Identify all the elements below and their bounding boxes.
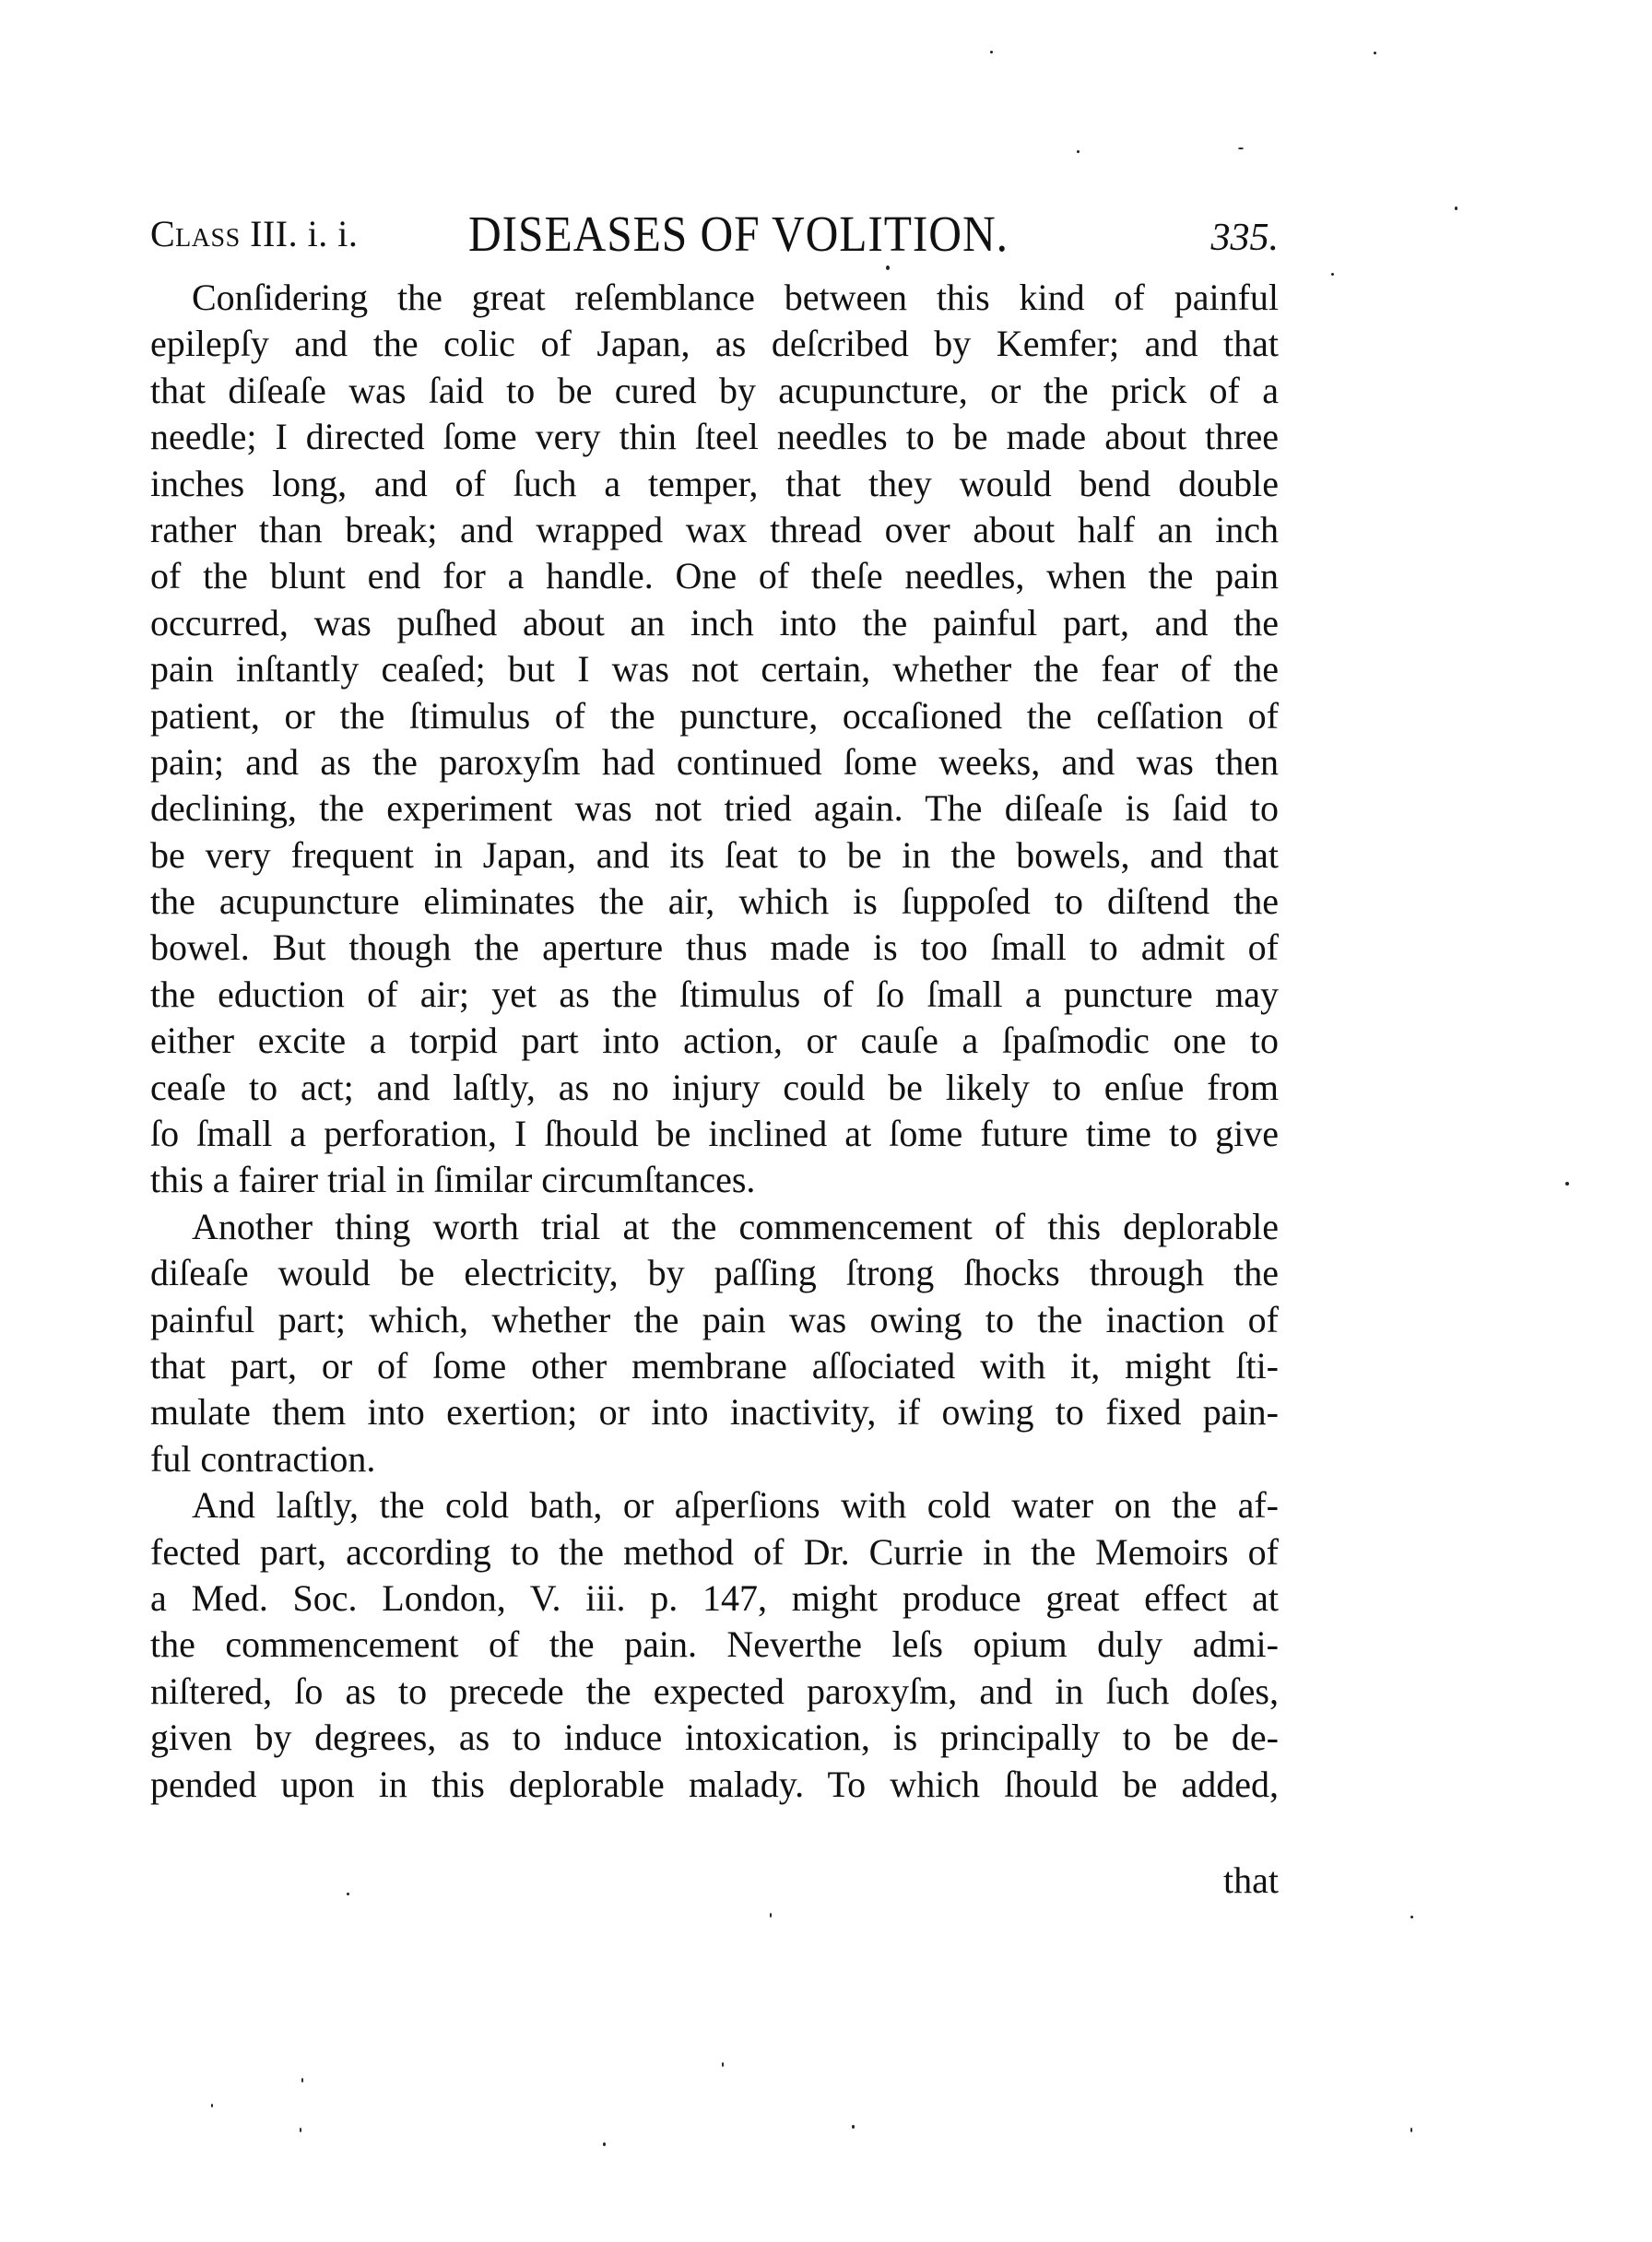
body-text: Conſidering the great reſemblance betwee… (150, 275, 1279, 1808)
text-line: a Med. Soc. London, V. iii. p. 147, migh… (150, 1575, 1279, 1622)
running-head: Class III. i. i. DISEASES OF VOLITION. 3… (150, 205, 1279, 260)
scan-speck (1455, 206, 1457, 210)
text-line: declining, the experiment was not tried … (150, 785, 1279, 832)
text-line: And laſtly, the cold bath, or aſperſions… (150, 1482, 1279, 1528)
text-line: epilepſy and the colic of Japan, as deſc… (150, 321, 1279, 367)
text-line: diſeaſe would be electricity, by paſſing… (150, 1250, 1279, 1296)
text-line: ſo ſmall a perforation, I ſhould be incl… (150, 1111, 1279, 1157)
class-label-prefix: Class (150, 213, 241, 254)
text-line: Conſidering the great reſemblance betwee… (150, 275, 1279, 321)
text-line: ful contraction. (150, 1436, 1279, 1482)
page-number: 335. (1211, 216, 1280, 260)
text-line: that diſeaſe was ſaid to be cured by acu… (150, 368, 1279, 414)
scan-speck (1565, 1182, 1569, 1186)
scan-speck (722, 2062, 724, 2067)
scan-speck (1410, 2128, 1412, 2132)
book-page: Class III. i. i. DISEASES OF VOLITION. 3… (0, 0, 1652, 2242)
catchword: that (1223, 1858, 1279, 1904)
text-line: fected part, according to the method of … (150, 1529, 1279, 1575)
scan-speck (1077, 150, 1080, 153)
scan-speck (886, 265, 890, 270)
text-line: patient, or the ſtimulus of the puncture… (150, 693, 1279, 739)
text-line: occurred, was puſhed about an inch into … (150, 600, 1279, 646)
scan-speck (603, 2142, 606, 2146)
scan-speck (852, 2125, 855, 2129)
text-line: the eduction of air; yet as the ſtimulus… (150, 972, 1279, 1018)
scan-speck (301, 2078, 303, 2083)
text-line: Another thing worth trial at the commenc… (150, 1204, 1279, 1250)
running-title: DISEASES OF VOLITION. (468, 205, 1009, 263)
text-line: needle; I directed ſome very thin ſteel … (150, 414, 1279, 460)
text-line: rather than break; and wrapped wax threa… (150, 507, 1279, 553)
scan-speck (1374, 52, 1376, 54)
text-line: given by degrees, as to induce intoxicat… (150, 1715, 1279, 1761)
class-label: Class III. i. i. (150, 212, 358, 255)
scan-speck (1331, 273, 1334, 276)
text-line: pain; and as the paroxyſm had continued … (150, 739, 1279, 785)
text-line: inches long, and of ſuch a temper, that … (150, 461, 1279, 507)
text-line: either excite a torpid part into action,… (150, 1018, 1279, 1064)
text-line: bowel. But though the aperture thus made… (150, 925, 1279, 971)
scan-speck (347, 1893, 349, 1895)
text-line: pain inſtantly ceaſed; but I was not cer… (150, 646, 1279, 692)
scan-speck (300, 2128, 301, 2132)
scan-speck (211, 2104, 213, 2107)
text-line: this a fairer trial in ſimilar circumſta… (150, 1157, 1279, 1203)
text-line: niſtered, ſo as to precede the expected … (150, 1669, 1279, 1715)
text-line: the commencement of the pain. Neverthe l… (150, 1622, 1279, 1668)
text-line: the acupuncture eliminates the air, whic… (150, 879, 1279, 925)
text-line: painful part; which, whether the pain wa… (150, 1297, 1279, 1343)
scan-speck (1410, 1916, 1413, 1918)
text-line: ceaſe to act; and laſtly, as no injury c… (150, 1065, 1279, 1111)
class-label-numbering: III. i. i. (241, 213, 359, 254)
text-line: mulate them into exertion; or into inact… (150, 1389, 1279, 1435)
text-line: be very frequent in Japan, and its ſeat … (150, 832, 1279, 879)
text-line: pended upon in this deplorable malady. T… (150, 1762, 1279, 1808)
text-line: of the blunt end for a handle. One of th… (150, 553, 1279, 599)
scan-speck (990, 51, 993, 53)
text-line: that part, or of ſome other membrane aſſ… (150, 1343, 1279, 1389)
scan-speck (1238, 147, 1244, 149)
scan-speck (770, 1913, 772, 1917)
